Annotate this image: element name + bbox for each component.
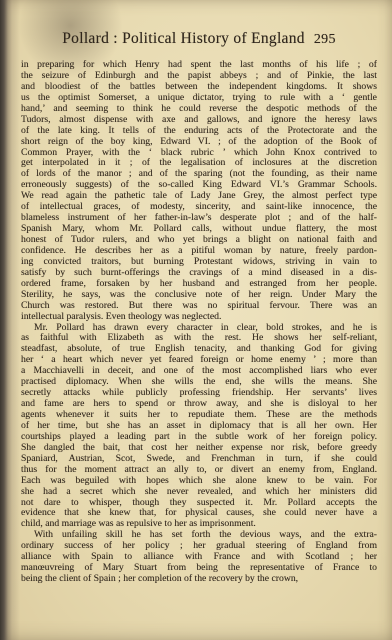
- book-page: Pollard : Political History of England29…: [0, 0, 392, 640]
- text-line: She dangled the bait, that cost her neit…: [21, 443, 377, 454]
- page-content: Pollard : Political History of England29…: [21, 30, 377, 585]
- text-line: thus for the moment attract an ally to, …: [21, 465, 377, 476]
- text-line: intellectual paralysis. Even theology wa…: [21, 312, 377, 323]
- text-line: Church was restored. But there was no sp…: [21, 301, 377, 312]
- text-line: alliance with Spain to alliance with Fra…: [21, 552, 377, 563]
- running-title: Pollard : Political History of England: [62, 30, 305, 47]
- binding-shadow: [0, 0, 20, 640]
- text-line: ordinary success of her policy ; her gra…: [21, 541, 377, 552]
- text-line: confidence. He describes her as a pitifu…: [21, 246, 377, 257]
- text-line: not dare to whisper, though they suspect…: [21, 498, 377, 509]
- text-line: of intellectual graces, of modesty, sinc…: [21, 202, 377, 213]
- text-line: blameless instrument of her father-in-la…: [21, 213, 377, 224]
- text-line: get interpolated in it ; of the legalisa…: [21, 158, 377, 169]
- text-line: Common Prayer, with the ‘ black rubric ’…: [21, 148, 377, 159]
- text-line: honest of Tudor rulers, and who yet brin…: [21, 235, 377, 246]
- text-block: in preparing for which Henry had spent t…: [21, 60, 377, 585]
- text-line: the seizure of Edinburgh and the papist …: [21, 71, 377, 82]
- text-line: she had a secret which she never reveale…: [21, 487, 377, 498]
- paragraph: in preparing for which Henry had spent t…: [21, 60, 377, 323]
- text-line: satisfy by such burnt-offerings the crav…: [21, 268, 377, 279]
- text-line: and fame are hers to spend or throw away…: [21, 399, 377, 410]
- text-line: hand,’ and seeming to think he could rev…: [21, 104, 377, 115]
- page-number: 295: [314, 32, 336, 47]
- text-line: courtships played a leading part in the …: [21, 432, 377, 443]
- text-line: Tudors, almost dispense with axe and gal…: [21, 115, 377, 126]
- text-line: We read again the pathetic tale of Lady …: [21, 191, 377, 202]
- text-line: secretly attacks while publicly professi…: [21, 388, 377, 399]
- text-line: Sterility, he says, was the conclusive n…: [21, 290, 377, 301]
- text-line: her ‘ a heart which never yet feared for…: [21, 355, 377, 366]
- text-line: a Macchiavelli in deceit, and one of the…: [21, 366, 377, 377]
- text-line: Spaniard, Austrian, Scot, Swede, and Fre…: [21, 454, 377, 465]
- text-line: being the client of Spain ; her completi…: [21, 574, 377, 585]
- paragraph: Mr. Pollard has drawn every character in…: [21, 323, 377, 531]
- page-header: Pollard : Political History of England29…: [21, 30, 377, 48]
- text-line: ordered frame, forsaken by her husband a…: [21, 279, 377, 290]
- text-line: agents whenever it suits her to repudiat…: [21, 410, 377, 421]
- text-line: Each was beguiled with hopes which she a…: [21, 476, 377, 487]
- text-line: erroneously suggests) of the so-called K…: [21, 180, 377, 191]
- text-line: evidence that she knew that, for physica…: [21, 508, 377, 519]
- text-line: in preparing for which Henry had spent t…: [21, 60, 377, 71]
- text-line: child, and marriage was as repulsive to …: [21, 519, 377, 530]
- text-line: Spanish Mary, whom Mr. Pollard calls, wi…: [21, 224, 377, 235]
- text-line: of lords of the manor ; and of the spari…: [21, 169, 377, 180]
- text-line: of her time, but she has an asset in dip…: [21, 421, 377, 432]
- text-line: short reign of the boy king, Edward VI. …: [21, 137, 377, 148]
- text-line: ing convicted traitors, but burning Prot…: [21, 257, 377, 268]
- text-line: and bloodiest of the battles between the…: [21, 82, 377, 93]
- text-line: With unfailing skill he has set forth th…: [21, 530, 377, 541]
- text-line: as faithful with Elizabeth as with the r…: [21, 333, 377, 344]
- paragraph: With unfailing skill he has set forth th…: [21, 530, 377, 585]
- text-line: Mr. Pollard has drawn every character in…: [21, 323, 377, 334]
- text-line: of the late king. It tells of the enduri…: [21, 126, 377, 137]
- text-line: us the optimist Somerset, a unique dicta…: [21, 93, 377, 104]
- text-line: manœuvreing of Mary Stuart from being th…: [21, 563, 377, 574]
- text-line: practised diplomacy. When she wills the …: [21, 377, 377, 388]
- text-line: steadfast, absolute, of true English ten…: [21, 344, 377, 355]
